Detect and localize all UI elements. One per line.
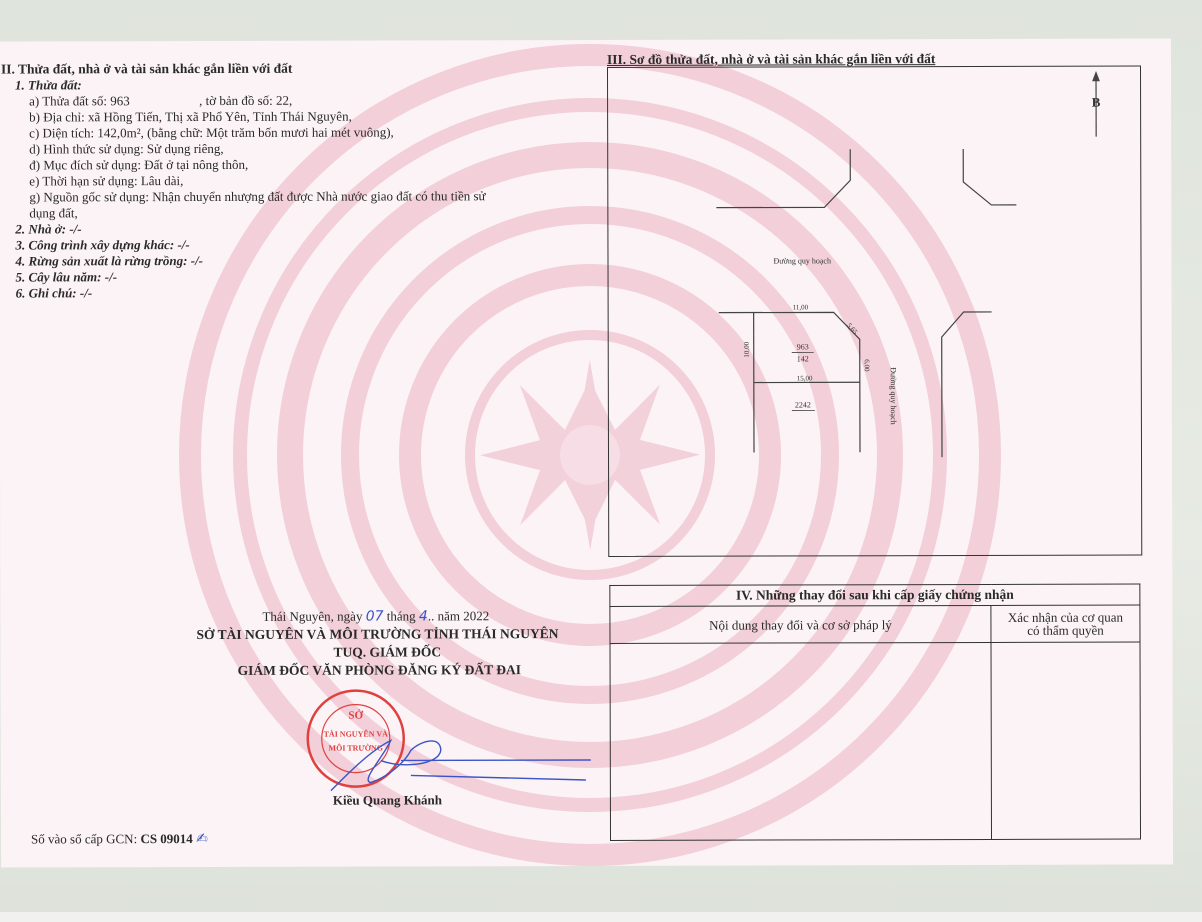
dim-left: 10,00 [743,341,751,357]
signature-icon [291,720,611,801]
parcel-sketch: B Đường quy hoạch Đường quy hoạch 11,00 … [608,67,1141,556]
dim-corner: 5,65 [845,321,859,336]
changes-table: IV. Những thay đổi sau khi cấp giấy chứn… [609,584,1141,841]
initial-signature-icon: ✍ [196,831,208,847]
dim-bottom: 15,00 [797,374,813,382]
usage-origin-cont: dụng đất, [29,205,77,221]
note-item: 6. Ghi chú: -/- [16,285,93,301]
usage-origin: g) Nguồn gốc sử dụng: Nhận chuyển nhượng… [29,188,485,205]
usage-form: d) Hình thức sử dụng: Sử dụng riêng, [29,141,224,158]
agency-name: SỞ TÀI NGUYÊN VÀ MÔI TRƯỜNG TỈNH THÁI NG… [196,626,558,643]
signer-name: Kiều Quang Khánh [333,792,442,808]
place-date: Thái Nguyên, ngày 07 tháng 4.. năm 2022 [262,608,489,625]
parcel-area: c) Diện tích: 142,0m², (bằng chữ: Một tr… [29,125,394,142]
parcel-heading: 1. Thửa đất: [15,77,82,93]
tuq-line: TUQ. GIÁM ĐỐC [334,644,442,660]
date-day: 07 [366,609,384,625]
parcel-area-label: 142 [797,354,809,363]
dim-top: 11,00 [793,303,809,311]
authority-cell [991,642,1141,839]
north-label: B [1092,95,1101,110]
col-authority-confirmation: Xác nhận của cơ quan có thẩm quyền [991,605,1140,642]
neighbor-parcel-label: 2242 [795,400,811,409]
dim-right: 6,00 [863,359,871,372]
change-content-cell [610,642,992,840]
road-label-right: Đường quy hoạch [889,367,898,424]
house-item: 2. Nhà ở: -/- [15,221,81,237]
perennial-tree-item: 5. Cây lâu năm: -/- [16,269,118,285]
parcel-number: a) Thửa đất số: 963 [29,93,130,109]
usage-term: e) Thời hạn sử dụng: Lâu dài, [29,173,183,189]
planted-forest-item: 4. Rừng sản xuất là rừng trồng: -/- [15,253,203,269]
section-4-title: IV. Những thay đổi sau khi cấp giấy chứn… [610,584,1140,606]
signer-role: GIÁM ĐỐC VĂN PHÒNG ĐĂNG KÝ ĐẤT ĐAI [238,662,521,679]
map-sheet-number: , tờ bản đồ số: 22, [199,93,292,109]
road-label-top: Đường quy hoạch [773,256,830,265]
registry-number: Số vào sổ cấp GCN: CS 09014 ✍ [31,831,208,847]
section-2-title: II. Thửa đất, nhà ở và tài sản khác gắn … [1,61,292,78]
col-change-content: Nội dung thay đổi và cơ sở pháp lý [610,605,991,643]
parcel-address: b) Địa chỉ: xã Hồng Tiến, Thị xã Phổ Yên… [29,109,352,126]
col-authority-line2: có thẩm quyền [1027,623,1104,638]
parcel-diagram: B Đường quy hoạch Đường quy hoạch 11,00 … [607,66,1142,557]
usage-purpose: đ) Mục đích sử dụng: Đất ở tại nông thôn… [29,157,248,174]
other-construction-item: 3. Công trình xây dựng khác: -/- [15,237,189,253]
parcel-number-label: 963 [797,342,809,351]
date-month: 4 [419,608,428,624]
certificate-page: II. Thửa đất, nhà ở và tài sản khác gắn … [0,38,1173,867]
